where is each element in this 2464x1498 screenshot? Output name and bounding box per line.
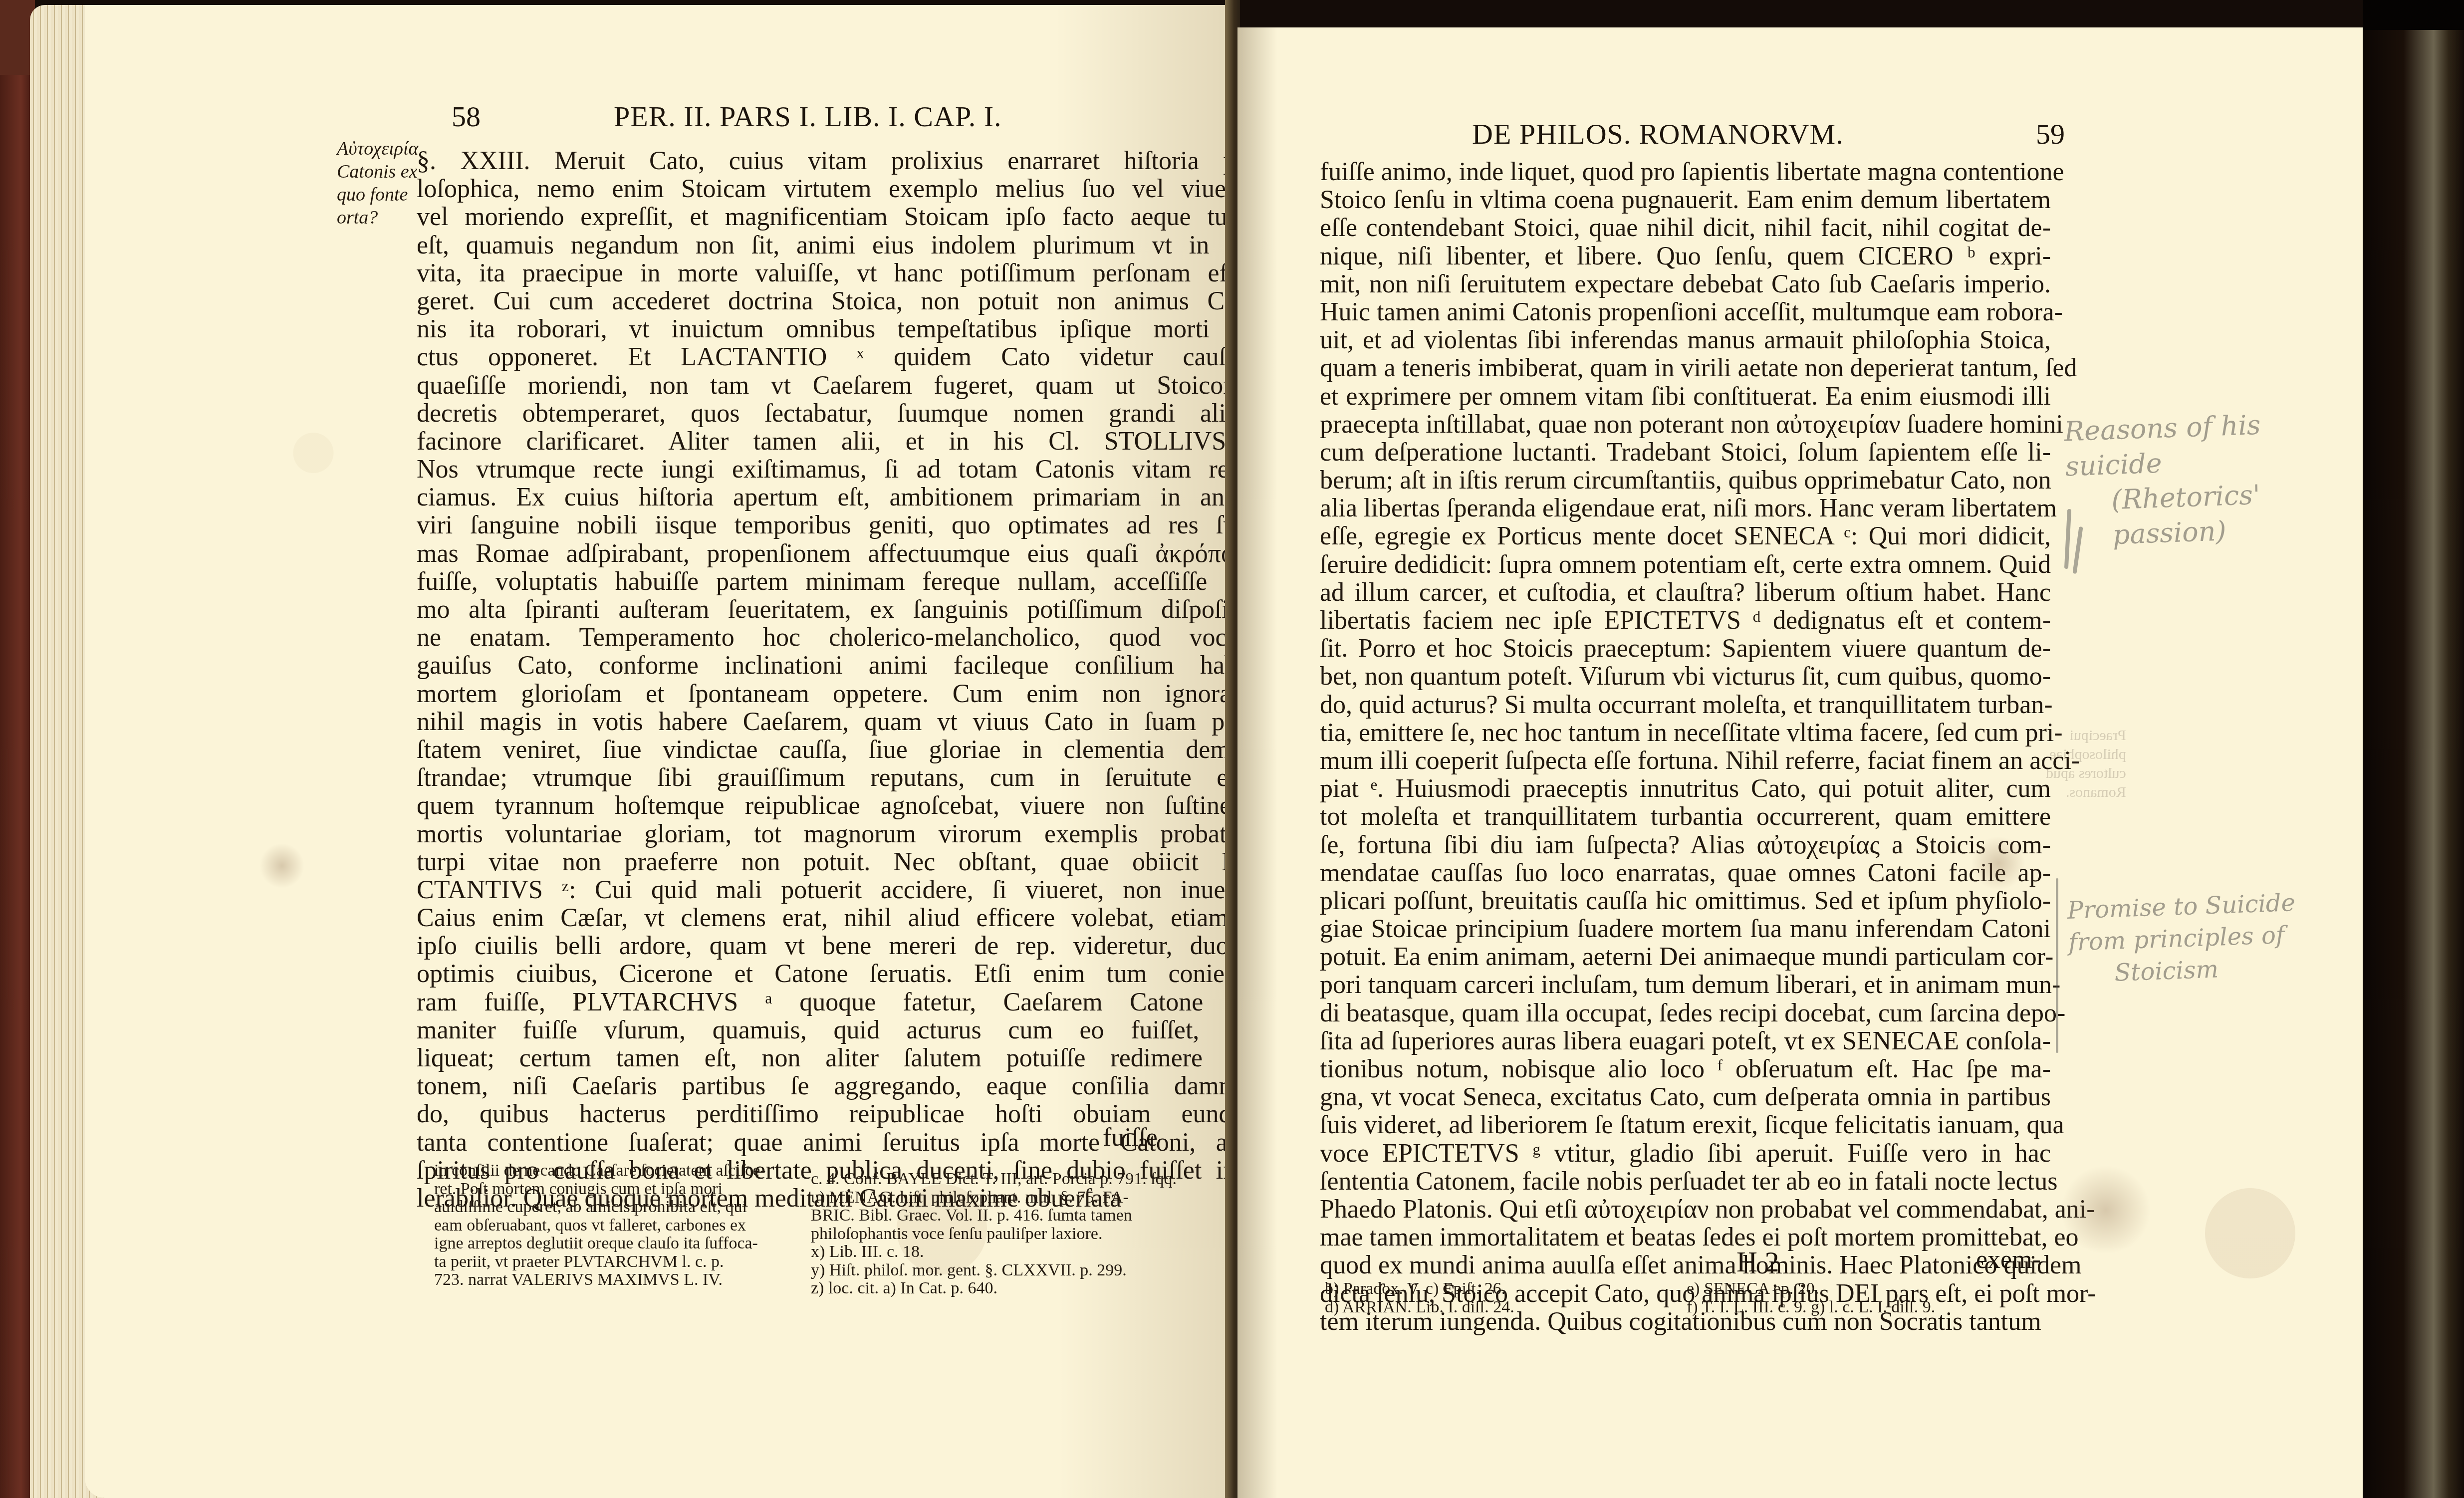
text-line: ad illum carcer, et cuſtodia, et clauſtr… (1320, 579, 2051, 607)
text-line: do, quid acturus? Si multa occurrant mol… (1320, 691, 2051, 719)
text-line: alia libertas ſperanda eligendaue erat, … (1320, 495, 2051, 522)
text-line: fuiſſe, voluptatis habuiſſe partem minim… (417, 568, 1265, 596)
text-line: mit, non niſi ſeruitutem expectare debeb… (1320, 270, 2051, 298)
pencil-bracket (2056, 878, 2058, 1053)
text-line: ne enatam. Temperamento hoc cholerico-me… (417, 624, 1265, 652)
text-line: geret. Cui cum accederet doctrina Stoica… (417, 287, 1265, 315)
right-page: DE PHILOS. ROMANORVM. 59 fuiſſe animo, i… (1237, 27, 2363, 1498)
pencil-annotation: Promise to Suicide from principles of St… (2067, 887, 2298, 991)
text-line: philoſophantis voce ſenſu pauliſper laxi… (811, 1225, 1250, 1244)
text-line: di beatasque, quam illa occupat, ſedes r… (1320, 999, 2051, 1027)
text-line: turpi vitae non praeferre non potuit. Ne… (417, 848, 1265, 876)
foxing-spot (2061, 1165, 2151, 1255)
pencil-annotation: Reasons of his suicide (Rhetorics' passi… (2063, 404, 2365, 554)
text-line: Huic tamen animi Catonis propenſioni acc… (1320, 298, 2051, 326)
text-line: mas Romae adſpirabant, propenſionem affe… (417, 540, 1265, 568)
text-line: Phaedo Platonis. Qui etſi αὐτοχειρίαν no… (1320, 1196, 2051, 1224)
text-line: quam a teneris imbiberat, quam in virili… (1320, 354, 2051, 382)
text-line: giae Stoicae principium ſuadere mortem ſ… (1320, 915, 2051, 943)
text-line: liqueat; certum tamen eſt, non aliter ſa… (417, 1044, 1265, 1072)
footnotes-right-col2: e) SENECA ep. 20.f) T. I. L. III. c. 9. … (1687, 1280, 2046, 1316)
text-line: praecepta inſtillabat, quae non poterant… (1320, 411, 2051, 439)
text-line: tonem, niſi Caeſaris partibus ſe aggrega… (417, 1072, 1265, 1100)
page-number-right: 59 (2036, 117, 2065, 151)
text-line: ſit. Porro et hoc Stoicis praeceptum: Sa… (1320, 635, 2051, 663)
text-line: ſententia Catonem, facile nobis perſuade… (1320, 1168, 2051, 1196)
text-line: quem tyrannum hoſtemque reipublicae agno… (417, 792, 1265, 820)
text-line: piat ᵉ. Huiusmodi praeceptis innutritus … (1320, 775, 2051, 803)
text-line: tionibus notum, nobisque alio loco ᶠ obſ… (1320, 1055, 2051, 1083)
text-line: decretis obtemperaret, quos ſectabatur, … (417, 400, 1265, 428)
text-line: facinore clarificaret. Aliter tamen alii… (417, 428, 1265, 456)
text-line: Caius enim Cæſar, vt clemens erat, nihil… (417, 904, 1265, 932)
text-line: voce EPICTETVS ᵍ vtitur, gladio ſibi ape… (1320, 1140, 2051, 1168)
text-line: maniter fuiſſe vſurum, quamuis, quid act… (417, 1016, 1265, 1044)
text-line: ram fuiſſe, PLVTARCHVS ᵃ quoque fatetur,… (417, 989, 1265, 1016)
text-line: nique, niſi libenter, et libere. Quo ſen… (1320, 243, 2051, 270)
text-line: Stoico ſenſu in vltima coena pugnauerit.… (1320, 186, 2051, 214)
foxing-spot (259, 843, 304, 888)
text-line: mortis voluntariae gloriam, tot magnorum… (417, 820, 1265, 848)
text-line: tot moleſta et tranquillitatem turbantia… (1320, 803, 2051, 831)
signature-mark: H 2 (1736, 1245, 1779, 1278)
text-line: optimis ciuibus, Cicerone et Catone ſeru… (417, 960, 1265, 988)
footnotes-right-col1: b) Paradox. V. c) Epiſt. 26.d) ARRIAN. L… (1325, 1280, 1649, 1316)
text-line: quaeſiſſe moriendi, non tam vt Caeſarem … (417, 372, 1265, 400)
text-line: in conſilii de necando Caeſare ſocietate… (434, 1162, 793, 1180)
text-line: u) MENAG. hiſt. philoſophant. mul. §. 75… (811, 1189, 1250, 1207)
text-line: ciamus. Ex cuius hiſtoria apertum eſt, a… (417, 484, 1265, 511)
catchword-left: fuiſſe (1103, 1123, 1158, 1152)
text-line: uit, et ad violentas ſibi inferendas man… (1320, 326, 2051, 354)
text-line: mo alta ſpiranti auſteram ſeueritatem, e… (417, 596, 1265, 624)
text-line: mae tamen immortalitatem et beatas ſedes… (1320, 1224, 2051, 1251)
text-line: y) Hiſt. philoſ. mor. gent. §. CLXXVII. … (811, 1261, 1250, 1280)
text-line: gna, vt vocat Seneca, excitatus Cato, cu… (1320, 1083, 2051, 1111)
text-line: bet, non quantum poteſt. Viſurum vbi vic… (1320, 663, 2051, 691)
text-line: gauiſus Cato, conforme inclinationi anim… (417, 652, 1265, 680)
text-line: potuit. Ea enim animam, aeterni Dei anim… (1320, 943, 2051, 971)
text-line: mum illi coeperit ſuſpecta eſſe fortuna.… (1320, 747, 2051, 775)
text-line: z) loc. cit. a) In Cat. p. 640. (811, 1279, 1250, 1298)
text-line: eſſe contendebant Stoici, quae nihil dic… (1320, 214, 2051, 242)
page-number-left: 58 (452, 100, 481, 133)
text-line: quod ex mundi anima auulſa eſſet anima h… (1320, 1251, 2051, 1279)
show-through-text: Praecipui philosophiae cultores apud Rom… (2046, 726, 2126, 802)
text-line: ſeruire dedidicit: ſupra omnem potentiam… (1320, 551, 2051, 579)
footnotes-left-col2: c. 4. Conf. BAYLE Dict. T. III, art. Por… (811, 1170, 1250, 1298)
text-line: ſuis videret, ad liberiorem ſe ſtatum er… (1320, 1111, 2051, 1139)
text-line: ſe, fortuna ſibi diu iam ſuſpecta? Alias… (1320, 831, 2051, 859)
text-line: nihil magis in votis habere Caeſarem, qu… (417, 708, 1265, 736)
text-line: d) ARRIAN. Lib. I. diſſ. 24. (1325, 1298, 1649, 1317)
running-head-right: DE PHILOS. ROMANORVM. (1472, 117, 1844, 151)
text-line: plicari poſſunt, breuitatis cauſſa hic o… (1320, 887, 2051, 915)
text-line: b) Paradox. V. c) Epiſt. 26. (1325, 1280, 1649, 1298)
left-page: 58 PER. II. PARS I. LIB. I. CAP. I. Αὐτο… (85, 5, 1228, 1498)
text-line: auidiſſime cuperet, ab amicis prohibita … (434, 1198, 793, 1217)
text-line: BRIC. Bibl. Graec. Vol. II. p. 416. ſumt… (811, 1207, 1250, 1225)
text-line: ta periit, vt praeter PLVTARCHVM l. c. p… (434, 1253, 793, 1271)
margin-note: Αὐτοχειρία Catonis ex quo fonte orta? (337, 137, 419, 229)
text-line: berum; aſt in iſtis rerum circumſtantiis… (1320, 467, 2051, 495)
foxing-spot (1971, 836, 2026, 891)
text-line: vel moriendo expreſſit, et magnificentia… (417, 203, 1265, 231)
body-text-right: fuiſſe animo, inde liquet, quod pro ſapi… (1320, 158, 2051, 1336)
text-line: c. 4. Conf. BAYLE Dict. T. III, art. Por… (811, 1170, 1250, 1189)
text-line: 723. narrat VALERIVS MAXIMVS L. IV. (434, 1271, 793, 1289)
text-line: eam obſeruabant, quos vt falleret, carbo… (434, 1217, 793, 1235)
text-line: e) SENECA ep. 20. (1687, 1280, 2046, 1298)
text-line: x) Lib. III. c. 18. (811, 1243, 1250, 1261)
text-line: mortem glorioſam et ſpontaneam oppetere.… (417, 680, 1265, 708)
text-line: libertatis faciem nec ipſe EPICTETVS ᵈ d… (1320, 607, 2051, 635)
text-line: CTANTIVS ᶻ: Cui quid mali potuerit accid… (417, 876, 1265, 904)
text-line: eſſe, egregie ex Porticus mente docet SE… (1320, 522, 2051, 550)
text-line: Nos vtrumque recte iungi exiſtimamus, ſi… (417, 456, 1265, 484)
text-line: ctus opponeret. Et LACTANTIO ˣ quidem Ca… (417, 343, 1265, 371)
text-line: mendatae cauſſas ſuo loco enarratas, qua… (1320, 859, 2051, 887)
text-line: ſtatem veniret, ſiue vindictae cauſſa, ſ… (417, 736, 1265, 764)
text-line: pori tanquam carceri incluſam, tum demum… (1320, 971, 2051, 999)
text-line: igne arreptos deglutiit oreque clauſo it… (434, 1235, 793, 1253)
text-line: ſita ad ſuperiores auras libera euagari … (1320, 1027, 2051, 1055)
margin-note-line: quo fonte (337, 183, 419, 206)
text-line: tia, emittere ſe, nec hoc tantum in nece… (1320, 719, 2051, 747)
footnotes-left-col1: in conſilii de necando Caeſare ſocietate… (434, 1162, 793, 1289)
catchword-right: exem- (1976, 1245, 2041, 1274)
text-line: loſophica, nemo enim Stoicam virtutem ex… (417, 175, 1265, 203)
text-line: nis ita roborari, vt inuictum omnibus te… (417, 315, 1265, 343)
margin-note-line: Catonis ex (337, 160, 419, 183)
text-line: cum deſperatione luctanti. Tradebant Sto… (1320, 439, 2051, 467)
text-line: viri ſanguine nobili iisque temporibus g… (417, 511, 1265, 539)
text-line: ſtrandae; vtrumque ſibi grauiſſimum repu… (417, 764, 1265, 792)
text-line: eſt, quamuis negandum non ſit, animi eiu… (417, 232, 1265, 259)
body-text-left: §. XXIII. Meruit Cato, cuius vitam proli… (417, 147, 1265, 1213)
text-line: f) T. I. L. III. c. 9. g) l. c. L. I. di… (1687, 1298, 2046, 1317)
text-line: fuiſſe animo, inde liquet, quod pro ſapi… (1320, 158, 2051, 186)
binding-right-edge (2363, 30, 2464, 1498)
text-line: et exprimere per omnem vitam ſibi conſti… (1320, 383, 2051, 411)
text-line: vita, ita praecipue in morte valuiſſe, v… (417, 259, 1265, 287)
margin-note-line: Αὐτοχειρία (337, 137, 419, 160)
text-line: ret. Poſt mortem coniugis cum et ipſa mo… (434, 1180, 793, 1199)
text-line: ipſo ciuilis belli ardore, quam vt bene … (417, 932, 1265, 960)
margin-note-line: orta? (337, 206, 419, 229)
running-head-left: PER. II. PARS I. LIB. I. CAP. I. (614, 100, 1002, 133)
text-line: §. XXIII. Meruit Cato, cuius vitam proli… (417, 147, 1265, 175)
